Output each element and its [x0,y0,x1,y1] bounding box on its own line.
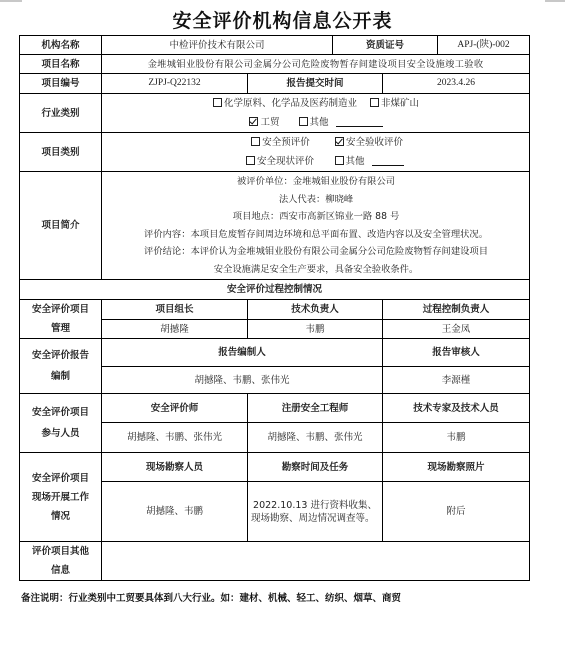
intro-location: 项目地点：西安市高新区锦业一路 88 号 [106,208,526,226]
industry-option-chemical[interactable]: 化学原料、化学品及医药制造业 [213,94,357,113]
row-other-info: 评价项目其他 信息 [20,542,530,581]
header-site-staff: 现场勘察人员 [102,453,248,482]
intro-unit: 被评价单位：金堆城钼业股份有限公司 [106,173,526,191]
type-option-other[interactable]: 其他 [335,152,365,171]
process-section-title: 安全评价过程控制情况 [20,280,530,300]
value-report-author: 胡撼隆、韦鹏、张伟光 [102,367,383,394]
type-option-acceptance[interactable]: 安全验收评价 [335,133,403,152]
page-corner-mark-right [545,0,565,2]
row-project-number: 项目编号 ZJPJ-Q22132 报告提交时间 2023.4.26 [20,74,530,94]
participants-label: 安全评价项目 参与人员 [20,394,102,453]
cert-label: 资质证号 [333,36,438,55]
header-evaluator: 安全评价师 [102,394,248,423]
industry-other-blank[interactable] [336,116,383,127]
header-safety-engineer: 注册安全工程师 [248,394,383,423]
industry-option-other[interactable]: 其他 [299,113,329,132]
value-site-photos: 附后 [383,482,530,542]
checkbox-checked-icon[interactable] [249,117,258,126]
site-work-label: 安全评价项目 现场开展工作 情况 [20,453,102,542]
intro-conclusion: 评价结论：本评价认为金堆城钼业股份有限公司金属分公司危险废物暂存间建设项目 [106,243,526,261]
project-number-value: ZJPJ-Q22132 [102,74,248,94]
row-report-headers: 安全评价报告 编制 报告编制人 报告审核人 [20,339,530,367]
intro-content-scope: 评价内容：本项目危废暂存间周边环境和总平面布置、改造内容以及安全管理状况。 [106,226,526,244]
value-safety-engineer: 胡撼隆、韦鹏、张伟光 [248,423,383,453]
value-process-lead: 王金凤 [383,320,530,339]
header-site-photos: 现场勘察照片 [383,453,530,482]
row-project-type: 项目类别 安全预评价 安全验收评价 安全现状评价 其他 [20,133,530,172]
type-other-blank[interactable] [372,155,404,166]
report-label: 安全评价报告 编制 [20,339,102,394]
checkbox-checked-icon[interactable] [335,137,344,146]
value-team-leader: 胡撼隆 [102,320,248,339]
row-participants-headers: 安全评价项目 参与人员 安全评价师 注册安全工程师 技术专家及技术人员 [20,394,530,423]
management-label: 安全评价项目 管理 [20,300,102,339]
cert-value: APJ-(陕)-002 [438,36,530,55]
row-management-headers: 安全评价项目 管理 项目组长 技术负责人 过程控制负责人 [20,300,530,320]
intro-label: 项目简介 [20,172,102,280]
value-tech-experts: 韦鹏 [383,423,530,453]
project-name-label: 项目名称 [20,55,102,74]
intro-content: 被评价单位：金堆城钼业股份有限公司 法人代表：柳晓峰 项目地点：西安市高新区锦业… [102,172,530,280]
type-option-pre[interactable]: 安全预评价 [229,133,332,152]
footnote: 备注说明：行业类别中工贸要具体到八大行业。如：建材、机械、轻工、纺织、烟草、商贸 [21,590,401,604]
value-evaluator: 胡撼隆、韦鹏、张伟光 [102,423,248,453]
header-survey-time-task: 勘察时间及任务 [248,453,383,482]
industry-option-trade[interactable]: 工贸 [249,113,279,132]
industry-option-mining[interactable]: 非煤矿山 [370,94,419,113]
other-info-value [102,542,530,581]
row-intro: 项目简介 被评价单位：金堆城钼业股份有限公司 法人代表：柳晓峰 项目地点：西安市… [20,172,530,280]
row-project-name: 项目名称 金堆城钼业股份有限公司金属分公司危险废物暂存间建设项目安全设施竣工验收 [20,55,530,74]
value-tech-lead: 韦鹏 [248,320,383,339]
project-type-options: 安全预评价 安全验收评价 安全现状评价 其他 [102,133,530,172]
type-option-status[interactable]: 安全现状评价 [228,152,331,171]
checkbox-unchecked-icon[interactable] [335,156,344,165]
org-name-value: 中检评价技术有限公司 [102,36,333,55]
intro-legal-rep: 法人代表：柳晓峰 [106,191,526,209]
header-report-reviewer: 报告审核人 [383,339,530,367]
other-info-label: 评价项目其他 信息 [20,542,102,581]
header-team-leader: 项目组长 [102,300,248,320]
value-site-staff: 胡撼隆、韦鹏 [102,482,248,542]
row-section-header: 安全评价过程控制情况 [20,280,530,300]
submit-time-value: 2023.4.26 [383,74,530,94]
info-table: 机构名称 中检评价技术有限公司 资质证号 APJ-(陕)-002 项目名称 金堆… [19,35,530,581]
project-type-label: 项目类别 [20,133,102,172]
intro-conclusion-cont: 安全设施满足安全生产要求，具备安全验收条件。 [106,261,526,279]
project-number-label: 项目编号 [20,74,102,94]
value-survey-time-task: 2022.10.13 进行资料收集、现场勘察、周边情况调查等。 [248,482,383,542]
value-report-reviewer: 李源槿 [383,367,530,394]
header-report-author: 报告编制人 [102,339,383,367]
checkbox-unchecked-icon[interactable] [246,156,255,165]
industry-options: 化学原料、化学品及医药制造业 非煤矿山 工贸 其他 [102,94,530,133]
header-process-lead: 过程控制负责人 [383,300,530,320]
org-name-label: 机构名称 [20,36,102,55]
row-site-headers: 安全评价项目 现场开展工作 情况 现场勘察人员 勘察时间及任务 现场勘察照片 [20,453,530,482]
row-org: 机构名称 中检评价技术有限公司 资质证号 APJ-(陕)-002 [20,36,530,55]
header-tech-experts: 技术专家及技术人员 [383,394,530,423]
project-name-value: 金堆城钼业股份有限公司金属分公司危险废物暂存间建设项目安全设施竣工验收 [102,55,530,74]
page-title: 安全评价机构信息公开表 [0,6,565,33]
checkbox-unchecked-icon[interactable] [299,117,308,126]
checkbox-unchecked-icon[interactable] [213,98,222,107]
industry-label: 行业类别 [20,94,102,133]
page-corner-mark-left [0,0,22,2]
submit-time-label: 报告提交时间 [248,74,383,94]
checkbox-unchecked-icon[interactable] [370,98,379,107]
header-tech-lead: 技术负责人 [248,300,383,320]
row-industry: 行业类别 化学原料、化学品及医药制造业 非煤矿山 工贸 其他 [20,94,530,133]
checkbox-unchecked-icon[interactable] [251,137,260,146]
